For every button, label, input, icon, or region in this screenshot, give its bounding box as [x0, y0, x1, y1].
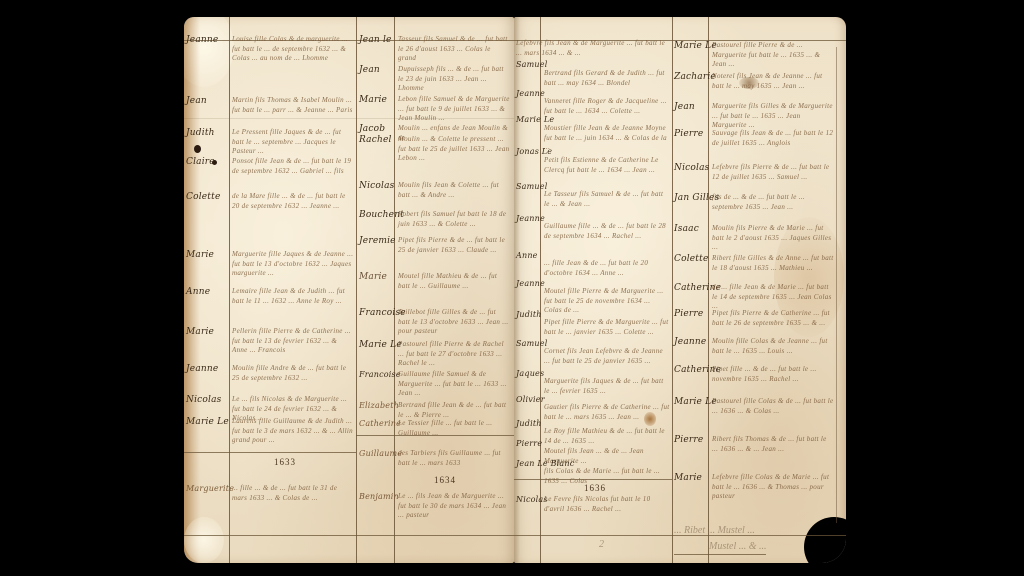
- entry-text: Laurens fille Guillaume & de Judith ... …: [232, 417, 354, 446]
- entry-name: Marie: [359, 95, 387, 105]
- entry-text: Sauvage fils Jean & de ... fut batt le 1…: [712, 129, 834, 148]
- entry-text: Le ... fils Jean & de Marguerite ... fut…: [398, 492, 510, 521]
- entry-text: Pastourel fille Pierre & de ... Margueri…: [712, 41, 834, 70]
- entry-text: Lefebvre fils Pierre & de ... fut batt l…: [712, 163, 834, 182]
- open-register-book: Jeanne Louise fille Colas & de marguerit…: [184, 17, 846, 563]
- signature-underline: [674, 554, 766, 555]
- entry-name: Marie Le: [186, 417, 229, 427]
- margin-rule: [229, 17, 230, 563]
- entry-name: Samuel: [516, 182, 547, 191]
- entry-name: Marie Le: [516, 115, 554, 124]
- entry-text: Moutel fille Pierre & de Marguerite ... …: [544, 287, 670, 316]
- entry-text: Ribert fille Gilles & de Anne ... fut ba…: [712, 254, 834, 273]
- entry-name: Marie Le: [359, 340, 402, 350]
- entry-name: Elizabeth: [359, 401, 399, 410]
- entry-name: Jean: [186, 96, 207, 106]
- entry-text: fils Colas & de Marie ... fut batt le ..…: [544, 467, 670, 486]
- year-heading: 1636: [584, 483, 606, 493]
- year-heading: 1633: [274, 457, 296, 467]
- entry-name: Marie: [186, 327, 214, 337]
- signature: Mustel ... & ...: [709, 541, 767, 552]
- entry-text: ... fille Jean & de ... fut batt le 20 d…: [544, 259, 670, 278]
- torn-corner: [184, 517, 224, 563]
- torn-corner: [804, 517, 846, 563]
- entry-text: Vanneret fille Roger & de Jacqueline ...…: [544, 97, 670, 116]
- entry-name: Jeanne: [186, 35, 218, 45]
- entry-text: Moutel fille Mathieu & de ... fut batt l…: [398, 272, 510, 291]
- entry-text: Guillaume fille ... & de ... fut batt le…: [544, 222, 670, 241]
- worn-corner: [184, 17, 234, 87]
- entry-name: Olivier: [516, 395, 545, 404]
- entry-text: Marguerite fille Jaques & de Jeanne ... …: [232, 250, 354, 279]
- entry-name: Colette: [186, 192, 220, 202]
- entry-name: Judith: [186, 128, 215, 138]
- entry-text: Tasseur fils Samuel & de ... fut batt le…: [398, 35, 510, 64]
- entry-name: Zacharie: [674, 72, 716, 82]
- entry-text: Moustier fille Jean & de Jeanne Moyne fu…: [544, 124, 670, 153]
- entry-name: Pierre: [674, 129, 703, 139]
- entry-name: Catherine: [359, 419, 401, 428]
- entry-name: Jeanne: [186, 364, 218, 374]
- entry-text: Le Pressent fille Jaques & de ... fut ba…: [232, 128, 354, 157]
- entry-text: de ... fille Jean & de Marie ... fut bat…: [712, 283, 834, 312]
- right-margin-rule: [836, 47, 837, 523]
- entry-text: Dupuisseph fils ... & de ... fut batt le…: [398, 65, 510, 94]
- bottom-rule: [184, 535, 514, 536]
- entry-name: Marie: [674, 473, 702, 483]
- entry-name: Nicolas: [674, 163, 709, 173]
- entry-text: Guillaume fille Samuel & de Marguerite .…: [398, 370, 510, 399]
- entry-text: Le Roy fille Mathieu & de ... fut batt l…: [544, 427, 670, 446]
- page-mark: 2: [599, 539, 604, 550]
- entry-text: de la Mare fille ... & de ... fut batt l…: [232, 192, 354, 211]
- column-rule: [356, 17, 357, 563]
- entry-text: Moulin ... & Colette le pressent ... fut…: [398, 135, 510, 164]
- entry-name: Judith: [516, 419, 542, 428]
- entry-text: Noterel fils Jean & de Jeanne ... fut ba…: [712, 72, 834, 91]
- entry-text: Moulin fille Colas & de Jeanne ... fut b…: [712, 337, 834, 356]
- entry-text: Lebon fille Samuel & de Marguerite ... f…: [398, 95, 510, 124]
- entry-text: Le Tasseur fils Samuel & de ... fut batt…: [544, 190, 670, 209]
- entry-name: Marie: [359, 272, 387, 282]
- entry-text: Ponsot fille Jean & de ... fut batt le 1…: [232, 157, 354, 176]
- entry-name: Jacob: [359, 124, 385, 134]
- entry-name: Francoise: [359, 370, 401, 379]
- entry-text: Bertrand fille Jean & de ... fut batt le…: [398, 401, 510, 420]
- entry-text: Marguerite fils Gilles & de Marguerite .…: [712, 102, 834, 131]
- entry-text: Moulin fils Jean & Colette ... fut batt …: [398, 181, 510, 200]
- entry-text: Lefebvre fille Colas & de Marie ... fut …: [712, 473, 834, 502]
- entry-text: Robert fils Samuel fut batt le 18 de jui…: [398, 210, 510, 229]
- left-page: Jeanne Louise fille Colas & de marguerit…: [184, 17, 514, 563]
- right-page: Lefebvre fils Jean & de Marguerite ... f…: [514, 17, 846, 563]
- entry-text: Moulin fils Pierre & de Marie ... fut ba…: [712, 224, 834, 253]
- entry-text: Pastourel fille Colas & de ... fut batt …: [712, 397, 834, 416]
- entry-text: Pastourel fille Pierre & de Rachel ... f…: [398, 340, 510, 369]
- entry-name: Jonas Le: [516, 147, 552, 156]
- entry-name: Pierre: [674, 435, 703, 445]
- entry-text: Cornet fils Jean Lefebvre & de Jeanne ..…: [544, 347, 670, 366]
- gutter-shadow: [514, 17, 520, 563]
- entry-text: Petit fils Estienne & de Catherine Le Cl…: [544, 156, 670, 175]
- entry-text: Le Tessier fille ... fut batt le ... Gui…: [398, 419, 510, 438]
- entry-text: Marguerite fils Jaques & de ... fut batt…: [544, 377, 670, 396]
- entry-text: Martin fils Thomas & Isabel Moulin ... f…: [232, 96, 354, 115]
- entry-name: Claire: [186, 157, 215, 167]
- entry-name: Nicolas: [359, 181, 394, 191]
- entry-text: Pellerin fille Pierre & de Catherine ...…: [232, 327, 354, 356]
- entry-text: Pipet fille Pierre & de Marguerite ... f…: [544, 318, 670, 337]
- entry-name: Jaques: [516, 369, 544, 378]
- entry-name: Isaac: [674, 224, 699, 234]
- entry-name: Jeanne: [516, 89, 545, 98]
- entry-text: des Tarbiers fils Guillaume ... fut batt…: [398, 449, 510, 468]
- entry-name: Benjamin: [359, 492, 399, 501]
- entry-text: Louise fille Colas & de marguerite ... f…: [232, 35, 354, 64]
- entry-name: Guillaume: [359, 449, 402, 458]
- entry-name: Jeremie: [359, 236, 396, 246]
- entry-name: Jean: [674, 102, 695, 112]
- entry-text: Lemaire fille Jean & de Judith ... fut b…: [232, 287, 354, 306]
- entry-name: Samuel: [516, 60, 547, 69]
- year-divider-rule: [184, 452, 356, 453]
- entry-name: Jeanne: [516, 279, 545, 288]
- entry-text: fils de ... & de ... fut batt le ... sep…: [712, 193, 834, 212]
- year-heading: 1634: [434, 475, 456, 485]
- entry-text: Le Fevre fils Nicolas fut batt le 10 d'a…: [544, 495, 670, 514]
- entry-name: Samuel: [516, 339, 547, 348]
- entry-name: Pierre: [516, 439, 542, 448]
- entry-text: Bertrand fils Gerard & de Judith ... fut…: [544, 69, 670, 88]
- signature: ... Ribet ... Mustel ...: [674, 525, 755, 536]
- entry-name: Jeanne: [516, 214, 545, 223]
- entry-name: Jean: [359, 65, 380, 75]
- entry-name: Colette: [674, 254, 708, 264]
- entry-text: Pipet fille ... & de ... fut batt le ...…: [712, 365, 834, 384]
- entry-name: Jean le: [359, 35, 392, 45]
- entry-name: Marie Le: [674, 41, 717, 51]
- entry-text: Pipet fils Pierre & de Catherine ... fut…: [712, 309, 834, 328]
- margin-rule: [394, 17, 395, 563]
- entry-name: Anne: [186, 287, 210, 297]
- entry-text: Taillebot fille Gilles & de ... fut batt…: [398, 308, 510, 337]
- entry-text: Ribert fils Thomas & de ... fut batt le …: [712, 435, 834, 454]
- entry-name: Pierre: [674, 309, 703, 319]
- entry-name: Judith: [516, 310, 542, 319]
- entry-text: ... fille ... & de ... fut batt le 31 de…: [232, 484, 354, 503]
- entry-name: Marguerite: [186, 484, 234, 493]
- entry-text: Pipet fils Pierre & de ... fut batt le 2…: [398, 236, 510, 255]
- entry-name: Nicolas: [516, 495, 548, 504]
- entry-text: Moulin fille Andre & de ... fut batt le …: [232, 364, 354, 383]
- margin-rule: [540, 17, 541, 563]
- entry-name: Marie: [186, 250, 214, 260]
- column-rule: [672, 17, 673, 563]
- entry-name: Marie Le: [674, 397, 717, 407]
- ink-blot: [194, 145, 201, 153]
- entry-text: Lefebvre fils Jean & de Marguerite ... f…: [516, 39, 670, 58]
- entry-name: Nicolas: [186, 395, 221, 405]
- entry-name: Anne: [516, 251, 538, 260]
- entry-name: Jeanne: [674, 337, 706, 347]
- entry-text: Gautier fils Pierre & de Catherine ... f…: [544, 403, 670, 422]
- entry-name: Rachel: [359, 135, 392, 145]
